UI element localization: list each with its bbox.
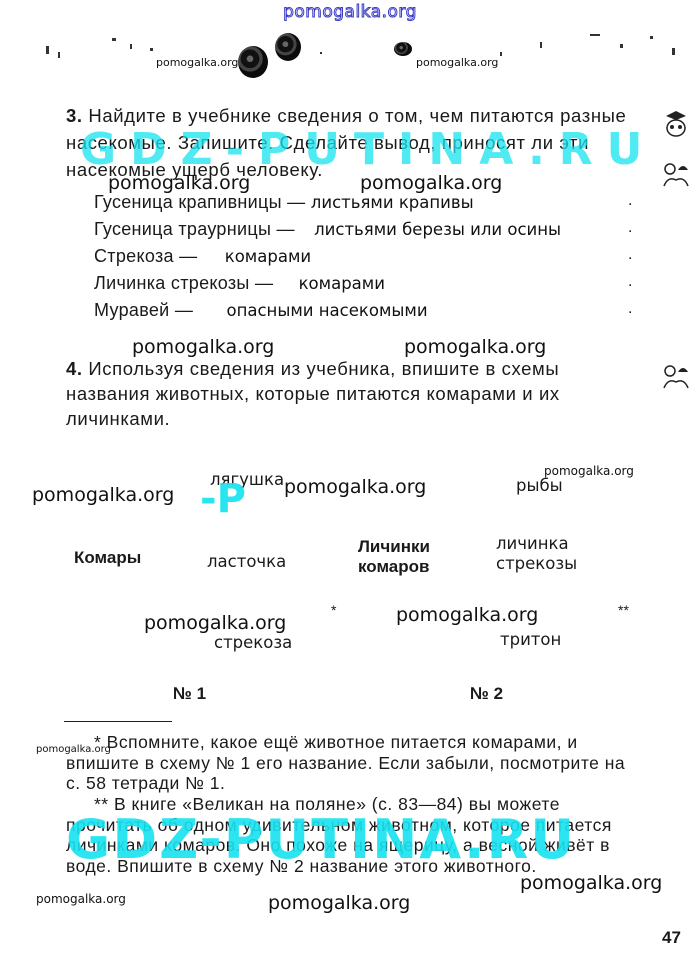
scheme-1-label: № 1	[173, 684, 206, 704]
answer-field[interactable]: комарами	[299, 274, 385, 293]
watermark: pomogalka.org	[520, 872, 662, 894]
decorative-banner	[20, 28, 680, 83]
fill-row: Муравей — опасными насекомыми	[94, 300, 428, 321]
scheme-2-label: № 2	[470, 684, 503, 704]
watermark: pomogalka.org	[360, 172, 502, 194]
answer-field[interactable]: опасными насекомыми	[226, 301, 427, 320]
watermark: pomogalka.org	[108, 172, 250, 194]
footnote-divider	[64, 721, 172, 722]
answer-field[interactable]: комарами	[225, 247, 311, 266]
footnote-1: * Вспомните, какое ещё животное питается…	[66, 732, 638, 794]
scheme-1-center: Комары	[74, 548, 141, 568]
watermark: pomogalka.org	[268, 892, 410, 914]
watermark: pomogalka.org	[416, 56, 498, 69]
answer-field[interactable]: листьями крапивы	[311, 193, 474, 212]
scheme-1-answer[interactable]: ласточка	[207, 552, 286, 572]
watermark: pomogalka.org	[284, 476, 426, 498]
task-3-number: 3.	[66, 105, 83, 126]
watermark: pomogalka.org	[544, 464, 634, 478]
scheme-1-answer[interactable]: стрекоза	[214, 633, 292, 653]
children-reading-icon	[660, 362, 692, 392]
fill-row: Гусеница траурницы — листьями березы или…	[94, 219, 561, 240]
scheme-2-answer[interactable]: личинка стрекозы	[496, 534, 577, 574]
task-4-prompt: 4. Используя сведения из учебника, впиши…	[66, 356, 636, 431]
owl-graduate-icon	[660, 108, 692, 138]
watermark: pomogalka.org	[156, 56, 238, 69]
scheme-2-answer[interactable]: тритон	[500, 630, 561, 650]
task-4-text: Используя сведения из учебника, впишите …	[66, 358, 560, 429]
fill-row: Стрекоза — комарами	[94, 246, 311, 267]
page-number: 47	[662, 928, 681, 948]
berry-icon	[275, 33, 301, 61]
answer-field[interactable]: листьями березы или осины	[314, 220, 561, 239]
watermark: pomogalka.org	[144, 612, 286, 634]
cyan-watermark: GDZ-PUTINA.RU	[66, 808, 576, 871]
watermark: pomogalka.org	[404, 336, 546, 358]
scheme-2-mark: **	[618, 602, 629, 618]
fill-row: Личинка стрекозы — комарами	[94, 273, 385, 294]
watermark: pomogalka.org	[132, 336, 274, 358]
cyan-watermark: GDZ-PUTINA.RU	[80, 124, 656, 175]
watermark: pomogalka.org	[396, 604, 538, 626]
watermark: pomogalka.org	[32, 484, 174, 506]
scheme-2-center: Личинки комаров	[358, 537, 430, 577]
berry-icon	[238, 46, 268, 78]
berry-icon	[394, 42, 412, 56]
task-4-number: 4.	[66, 358, 83, 379]
watermark: pomogalka.org	[36, 892, 126, 906]
scheme-1-mark: *	[331, 602, 336, 618]
top-watermark: pomogalka.org	[0, 2, 700, 22]
scheme-2-answer[interactable]: рыбы	[516, 476, 563, 496]
fill-row: Гусеница крапивницы — листьями крапивы	[94, 192, 474, 213]
children-reading-icon	[660, 160, 692, 190]
cyan-watermark: -P	[200, 476, 246, 522]
